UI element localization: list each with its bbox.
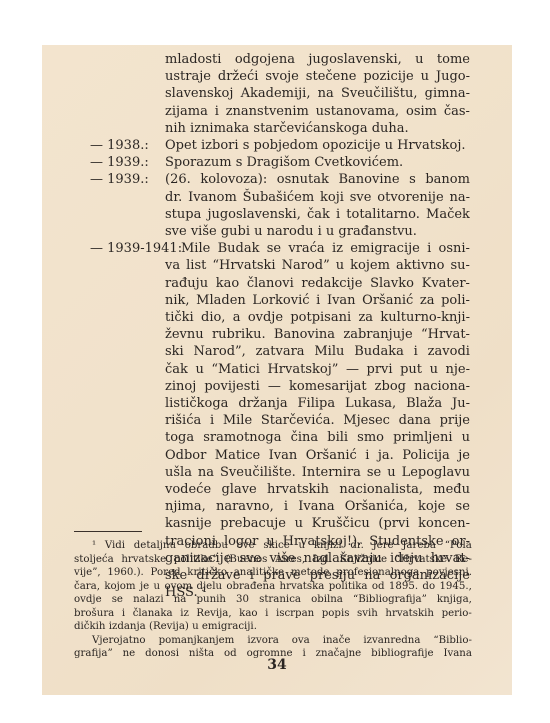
entry-date: — 1939.:: [90, 154, 149, 171]
footnote-line: ¹Vididetaljnuobradbuoveskiceuknjizidr.Je…: [92, 539, 472, 553]
text-line: ustrajedržećisvojestečenepozicijeuJugo-: [165, 68, 470, 85]
text-line: zinojpovijesti—komesarijatzbognaciona-: [165, 378, 470, 395]
book-page: mladostiodgojenajugoslavenski,utomeustra…: [42, 45, 512, 695]
text-line: slavenskojAkademiji,naSveučilištu,gimna-: [165, 85, 470, 102]
text-line: lističkogadržanjaFilipaLukasa,BlažaJu-: [165, 395, 470, 412]
text-line: OdborMaticeIvanOršanićija.Policijaje: [165, 447, 470, 464]
text-line: togasramotnogačinabilismoprimljeniu: [165, 429, 470, 446]
text-line: vodećeglavehrvatskihnacionalista,među: [165, 481, 470, 498]
entry-date: — 1939-1941:: [90, 240, 182, 257]
text-line: Sporazum s Dragišom Cvetkovićem.: [165, 154, 470, 171]
text-line: nih iznimaka starčevićanskoga duha.: [165, 120, 470, 137]
entry-date: — 1939.:: [90, 171, 149, 188]
footnote-line: stoljećahrvatskepolitike”(BuenosAires,Iz…: [74, 553, 472, 567]
footnote-rule: [74, 531, 142, 532]
footnote-line: Vjerojatnopomanjkanjemizvoraovainačeizva…: [92, 634, 472, 648]
footnote-line: ovdjesenalazinapunih30stranicaobilna“Bib…: [74, 593, 472, 607]
text-line: njima,naravno,iIvanaOršanića,kojese: [165, 498, 470, 515]
text-line: stupajugoslavenski,čakitotalitarno.Maček: [165, 206, 470, 223]
text-line: rišićaiMileStarčevića.Mjesecdanaprije: [165, 412, 470, 429]
text-line: mladostiodgojenajugoslavenski,utome: [165, 51, 470, 68]
text-line: MileBudaksevraćaizemigracijeiosni-: [181, 240, 470, 257]
text-line: nik,MladenLorkovićiIvanOršanićzapoli-: [165, 292, 470, 309]
footnote-line: vije”,1960.).Poredkritičkoanalitičkemeto…: [74, 566, 472, 580]
page-number: 34: [42, 657, 512, 673]
text-line: (26.kolovoza):osnutakBanovinesbanom: [165, 171, 470, 188]
text-line: skiNarod”,zatvaraMiluBudakaizavodi: [165, 343, 470, 360]
footnote-line: čara,kojomjeuovomdjeluobrađenahrvatskapo…: [74, 580, 472, 594]
entry-date: — 1938.:: [90, 137, 149, 154]
text-line: sve više gubi u narodu i u građanstvu.: [165, 223, 470, 240]
footnote-line: brošuraičlanakaizRevija,kaoiiscrpanpopis…: [74, 607, 472, 621]
text-line: zijamaiznanstvenimustanovama,osimčas-: [165, 103, 470, 120]
text-line: Opet izbori s pobjedom opozicije u Hrvat…: [165, 137, 470, 154]
text-line: ušlanaSveučilište.InterniraseuLepoglavu: [165, 464, 470, 481]
text-line: valist“HrvatskiNarod”ukojemaktivnosu-: [165, 257, 470, 274]
text-line: dr.IvanomŠubašićemkojisveotvorenijena-: [165, 189, 470, 206]
text-line: rađujukaočlanoviredakcijeSlavkoKvater-: [165, 275, 470, 292]
footnote-line: dičkih izdanja (Revija) u emigraciji.: [74, 620, 472, 634]
text-line: čaku“MaticiHrvatskoj”—prviputunje-: [165, 361, 470, 378]
text-line: kasnijeprebacujeuKruščicu(prvikoncen-: [165, 515, 470, 532]
text-line: ževnurubriku.Banovinazabranjuje“Hrvat-: [165, 326, 470, 343]
text-line: tičkidio,aovdjepotpisanizakulturno-knji-: [165, 309, 470, 326]
